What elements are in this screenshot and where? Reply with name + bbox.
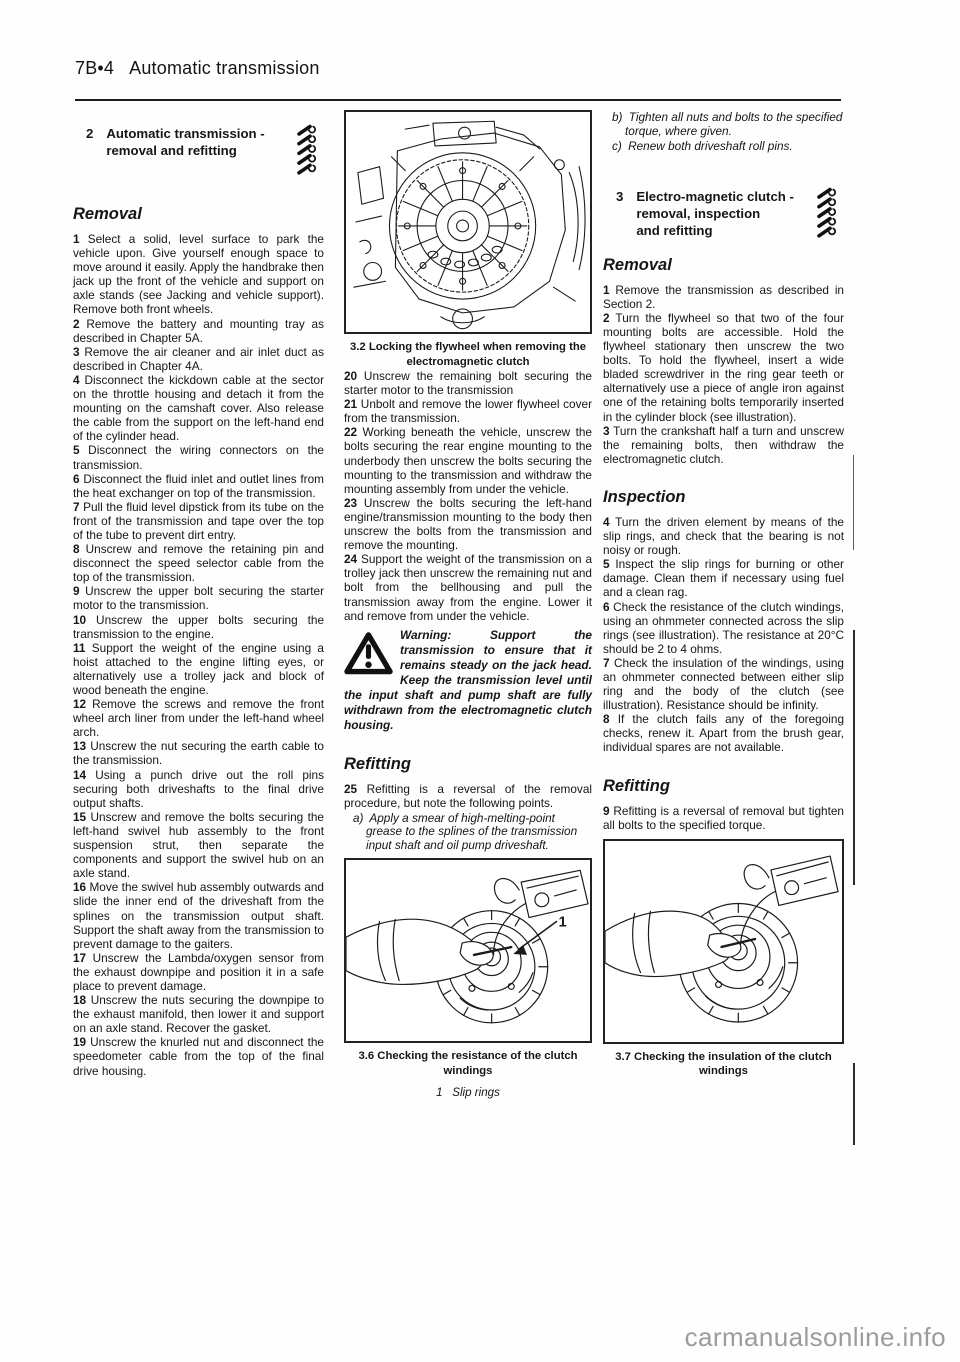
paragraph: 20 Unscrew the remaining bolt securing t… (344, 369, 592, 397)
list-item-label: c) (612, 139, 622, 153)
paragraph-number: 13 (73, 739, 86, 753)
paragraph-number: 10 (73, 613, 86, 627)
list-item: b) Tighten all nuts and bolts to the spe… (603, 111, 844, 139)
paragraph: 7 Pull the fluid level dipstick from its… (73, 500, 324, 542)
clutch-insulation-test-illustration (605, 841, 842, 1042)
paragraph-text: Disconnect the kickdown cable at the sec… (73, 373, 324, 443)
paragraph-number: 12 (73, 697, 86, 711)
paragraph-text: Unscrew the nuts securing the downpipe t… (73, 993, 324, 1035)
list-item-label: b) (612, 110, 623, 124)
paragraph-text: Check the insulation of the windings, us… (603, 656, 844, 712)
figure-frame (603, 839, 844, 1044)
figure: 3.7 Checking the insulation of the clutc… (603, 839, 844, 1079)
paragraph-text: Remove the transmission as described in … (603, 283, 844, 311)
text-column-left: 2Automatic transmission -removal and ref… (73, 125, 324, 1078)
paragraph: 10 Unscrew the upper bolts securing the … (73, 613, 324, 641)
list-item: c) Renew both driveshaft roll pins. (603, 140, 844, 154)
paragraph-text: Unscrew and remove the bolts securing th… (73, 810, 324, 880)
paragraph-text: If the clutch fails any of the foregoing… (603, 712, 844, 754)
paragraph-number: 17 (73, 951, 86, 965)
paragraph: 24 Support the weight of the transmissio… (344, 552, 592, 622)
paragraph-text: Unscrew the remaining bolt securing the … (344, 369, 592, 397)
section-title: Automatic transmission -removal and refi… (106, 125, 264, 179)
paragraph: 23 Unscrew the bolts securing the left-h… (344, 496, 592, 552)
subsection-heading: Refitting (344, 755, 592, 774)
subsection-heading: Inspection (603, 488, 844, 507)
figure-caption: 3.6 Checking the resistance of the clutc… (346, 1049, 590, 1078)
paragraph-number: 14 (73, 768, 86, 782)
paragraph-text: Disconnect the fluid inlet and outlet li… (73, 472, 324, 500)
paragraph: 18 Unscrew the nuts securing the downpip… (73, 993, 324, 1035)
paragraph: 12 Remove the screws and remove the fron… (73, 697, 324, 739)
paragraph: 25 Refitting is a reversal of the remova… (344, 782, 592, 810)
subsection-heading: Refitting (603, 777, 844, 796)
section-heading: 2Automatic transmission -removal and ref… (73, 125, 324, 179)
paragraph: 2 Turn the flywheel so that two of the f… (603, 311, 844, 424)
section-number: 2 (86, 125, 93, 179)
clutch-resistance-test-illustration: 1 (346, 860, 590, 1041)
figure: 3.2 Locking the flywheel when removing t… (344, 110, 592, 369)
paragraph-text: Working beneath the vehicle, unscrew the… (344, 425, 592, 495)
paragraph-text: Remove the battery and mounting tray as … (73, 317, 324, 345)
paragraph: 8 Unscrew and remove the retaining pin a… (73, 542, 324, 584)
paragraph-text: Turn the driven element by means of the … (603, 515, 844, 557)
paragraph: 21 Unbolt and remove the lower flywheel … (344, 397, 592, 425)
paragraph-text: Select a solid, level surface to park th… (73, 232, 324, 316)
manual-page: 7B•4Automatic transmission 2Automatic tr… (0, 0, 960, 1362)
paragraph: 19 Unscrew the knurled nut and disconnec… (73, 1035, 324, 1077)
paragraph-number: 19 (73, 1035, 86, 1049)
figure-annotation: 1 (559, 915, 567, 931)
paragraph-number: 22 (344, 425, 357, 439)
section-heading: 3Electro-magnetic clutch -removal, inspe… (603, 188, 844, 242)
paragraph-number: 24 (344, 552, 357, 566)
page-title: Automatic transmission (129, 58, 319, 78)
list-item-label: a) (353, 811, 364, 825)
paragraph: 5 Disconnect the wiring connectors on th… (73, 443, 324, 471)
paragraph: 9 Refitting is a reversal of removal but… (603, 804, 844, 832)
page-edge-line (853, 1063, 855, 1145)
paragraph: 15 Unscrew and remove the bolts securing… (73, 810, 324, 880)
paragraph-text: Remove the screws and remove the front w… (73, 697, 324, 739)
paragraph: 8 If the clutch fails any of the foregoi… (603, 712, 844, 754)
paragraph-text: Unscrew the upper bolt securing the star… (73, 584, 324, 612)
paragraph-number: 20 (344, 369, 357, 383)
paragraph-number: 16 (73, 880, 86, 894)
paragraph-text: Using a punch drive out the roll pins se… (73, 768, 324, 810)
paragraph-text: Inspect the slip rings for burning or ot… (603, 557, 844, 599)
figure-key: 1 Slip rings (344, 1086, 592, 1099)
paragraph-text: Refitting is a reversal of removal but t… (603, 804, 844, 832)
figure-frame (344, 110, 592, 334)
paragraph-number: 11 (73, 641, 85, 655)
paragraph: 22 Working beneath the vehicle, unscrew … (344, 425, 592, 495)
paragraph-number: 18 (73, 993, 86, 1007)
text-column-right: b) Tighten all nuts and bolts to the spe… (603, 110, 844, 1079)
paragraph-text: Remove the air cleaner and air inlet duc… (73, 345, 324, 373)
paragraph-text: Unscrew the knurled nut and disconnect t… (73, 1035, 324, 1077)
paragraph-text: Refitting is a reversal of the removal p… (344, 782, 592, 810)
list-item-text: Renew both driveshaft roll pins. (625, 139, 793, 153)
paragraph: 5 Inspect the slip rings for burning or … (603, 557, 844, 599)
paragraph-text: Unbolt and remove the lower flywheel cov… (344, 397, 592, 425)
difficulty-icon (295, 123, 320, 179)
list-item: a) Apply a smear of high-melting-point g… (344, 812, 592, 854)
difficulty-icon (815, 186, 840, 242)
paragraph: 14 Using a punch drive out the roll pins… (73, 768, 324, 810)
page-edge-line (853, 455, 854, 550)
page-header: 7B•4Automatic transmission (75, 58, 320, 79)
paragraph-text: Disconnect the wiring connectors on the … (73, 443, 324, 471)
paragraph-text: Turn the crankshaft half a turn and unsc… (603, 424, 844, 466)
figure-caption: 3.2 Locking the flywheel when removing t… (346, 340, 590, 369)
paragraph-text: Pull the fluid level dipstick from its t… (73, 500, 324, 542)
list-item-text: Apply a smear of high-melting-point grea… (366, 811, 577, 853)
paragraph: 1 Select a solid, level surface to park … (73, 232, 324, 317)
flywheel-locking-illustration (346, 112, 590, 332)
list-item-text: Tighten all nuts and bolts to the specif… (625, 110, 842, 138)
paragraph-text: Unscrew the Lambda/oxygen sensor from th… (73, 951, 324, 993)
paragraph-text: Unscrew the nut securing the earth cable… (73, 739, 324, 767)
paragraph-text: Turn the flywheel so that two of the fou… (603, 311, 844, 424)
paragraph: 13 Unscrew the nut securing the earth ca… (73, 739, 324, 767)
paragraph-number: 21 (344, 397, 357, 411)
paragraph: 3 Remove the air cleaner and air inlet d… (73, 345, 324, 373)
paragraph-text: Move the swivel hub assembly outwards an… (73, 880, 324, 950)
paragraph: 4 Turn the driven element by means of th… (603, 515, 844, 557)
paragraph-text: Unscrew the upper bolts securing the tra… (73, 613, 324, 641)
paragraph-number: 25 (344, 782, 357, 796)
figure-caption: 3.7 Checking the insulation of the clutc… (605, 1050, 842, 1079)
paragraph: 6 Disconnect the fluid inlet and outlet … (73, 472, 324, 500)
warning-icon (344, 631, 393, 676)
paragraph-text: Support the weight of the engine using a… (73, 641, 324, 697)
section-title: Electro-magnetic clutch -removal, inspec… (636, 188, 794, 242)
paragraph: 3 Turn the crankshaft half a turn and un… (603, 424, 844, 466)
text-column-middle: 3.2 Locking the flywheel when removing t… (344, 110, 592, 1099)
paragraph-text: Check the resistance of the clutch windi… (603, 600, 844, 656)
paragraph-number: 23 (344, 496, 357, 510)
page-edge-line (853, 630, 855, 885)
warning-note: Warning: Support the transmission to ens… (344, 628, 592, 734)
figure: 1 3.6 Checking the resistance of the clu… (344, 858, 592, 1099)
paragraph: 6 Check the resistance of the clutch win… (603, 600, 844, 656)
paragraph-text: Support the weight of the transmission o… (344, 552, 592, 622)
paragraph-number: 15 (73, 810, 86, 824)
paragraph-text: Unscrew and remove the retaining pin and… (73, 542, 324, 584)
header-rule (75, 99, 841, 101)
subsection-heading: Removal (73, 205, 324, 224)
figure-frame: 1 (344, 858, 592, 1043)
paragraph: 17 Unscrew the Lambda/oxygen sensor from… (73, 951, 324, 993)
paragraph: 7 Check the insulation of the windings, … (603, 656, 844, 712)
page-section-code: 7B•4 (75, 58, 114, 78)
paragraph: 4 Disconnect the kickdown cable at the s… (73, 373, 324, 443)
subsection-heading: Removal (603, 256, 844, 275)
section-number: 3 (616, 188, 623, 242)
watermark: carmanualsonline.info (685, 1322, 946, 1353)
paragraph: 2 Remove the battery and mounting tray a… (73, 317, 324, 345)
paragraph: 9 Unscrew the upper bolt securing the st… (73, 584, 324, 612)
paragraph: 11 Support the weight of the engine usin… (73, 641, 324, 697)
paragraph-text: Unscrew the bolts securing the left-hand… (344, 496, 592, 552)
paragraph: 1 Remove the transmission as described i… (603, 283, 844, 311)
paragraph: 16 Move the swivel hub assembly outwards… (73, 880, 324, 950)
